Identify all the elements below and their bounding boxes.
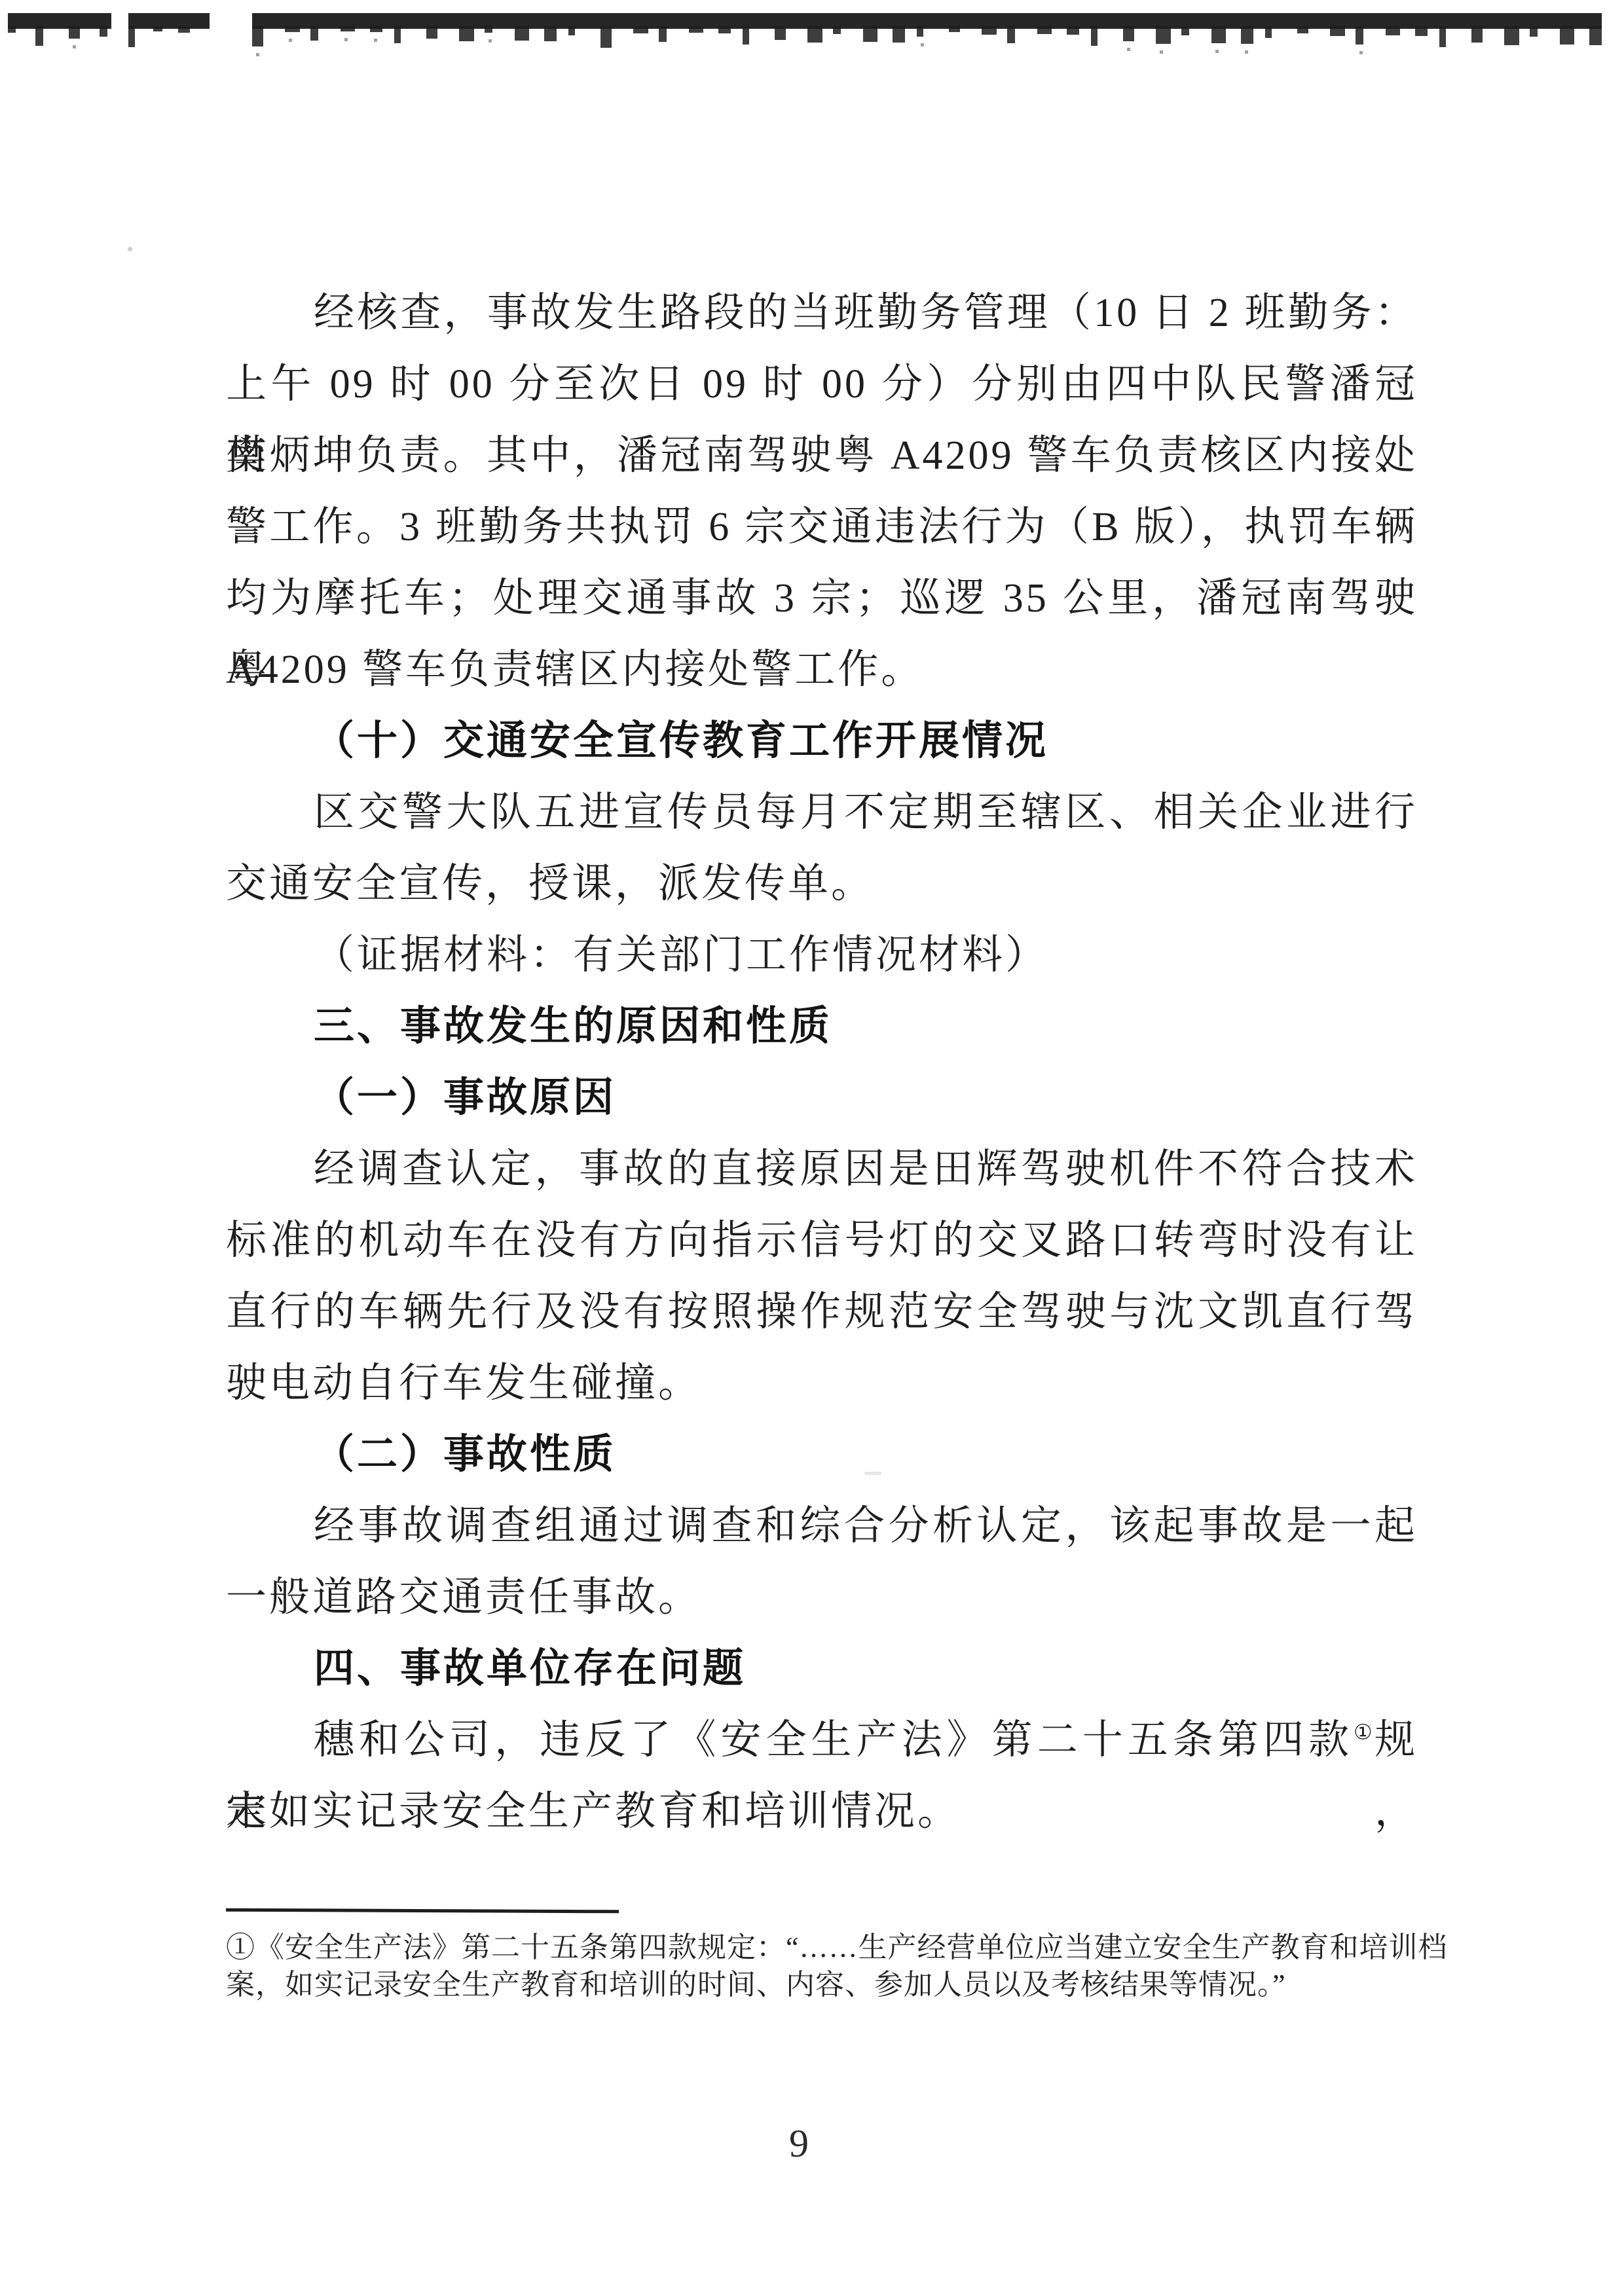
body-text-line: （证据材料：有关部门工作情况材料） xyxy=(226,920,1418,991)
body-text-line: 驶电动自行车发生碰撞。 xyxy=(226,1348,1418,1419)
body-text-line: 均为摩托车；处理交通事故 3 宗；巡逻 35 公里，潘冠南驾驶粤 xyxy=(226,563,1418,634)
body-text-line: 直行的车辆先行及没有按照操作规范安全驾驶与沈文凯直行驾 xyxy=(226,1277,1418,1348)
body-text-line: 经调查认定，事故的直接原因是田辉驾驶机件不符合技术 xyxy=(226,1134,1418,1205)
body-text-segment: 穗和公司，违反了《安全生产法》第二十五条第四款 xyxy=(314,1718,1354,1762)
body-text-line: 区交警大队五进宣传员每月不定期至辖区、相关企业进行 xyxy=(226,777,1418,848)
footnote: ①《安全生产法》第二十五条第四款规定：“……生产经营单位应当建立安全生产教育和培… xyxy=(226,1929,1424,2003)
body-text-line: 未如实记录安全生产教育和培训情况。 xyxy=(226,1776,1418,1848)
footnote-line: 案，如实记录安全生产教育和培训的时间、内容、参加人员以及考核结果等情况。” xyxy=(226,1966,1424,2003)
body-text-line: 交通安全宣传，授课，派发传单。 xyxy=(226,848,1418,920)
body-text-line: 穗和公司，违反了《安全生产法》第二十五条第四款①规定， xyxy=(226,1705,1418,1776)
body-text-line: 一般道路交通责任事故。 xyxy=(226,1562,1418,1633)
footnote-separator xyxy=(226,1908,619,1914)
footnote-line: ①《安全生产法》第二十五条第四款规定：“……生产经营单位应当建立安全生产教育和培… xyxy=(226,1929,1424,1966)
section-heading: 四、事故单位存在问题 xyxy=(226,1633,1418,1705)
body-text-line: 上午 09 时 00 分至次日 09 时 00 分）分别由四中队民警潘冠南、 xyxy=(226,349,1418,420)
section-heading: 三、事故发生的原因和性质 xyxy=(226,991,1418,1063)
body-text-line: 樊炳坤负责。其中，潘冠南驾驶粤 A4209 警车负责核区内接处 xyxy=(226,420,1418,492)
scan-speck xyxy=(128,247,132,251)
scanned-document-page: 经核查，事故发生路段的当班勤务管理（10 日 2 班勤务：上午 09 时 00 … xyxy=(0,0,1624,2296)
scan-edge-artifact xyxy=(0,0,1624,65)
document-text: 经核查，事故发生路段的当班勤务管理（10 日 2 班勤务：上午 09 时 00 … xyxy=(226,278,1418,1848)
section-heading: （二）事故性质 xyxy=(226,1419,1418,1491)
page-number: 9 xyxy=(0,2121,1598,2166)
body-text-line: 标准的机动车在没有方向指示信号灯的交叉路口转弯时没有让 xyxy=(226,1205,1418,1277)
section-heading: （十）交通安全宣传教育工作开展情况 xyxy=(226,706,1418,777)
body-text-line: 经核查，事故发生路段的当班勤务管理（10 日 2 班勤务： xyxy=(226,278,1418,349)
body-text-line: 警工作。3 班勤务共执罚 6 宗交通违法行为（B 版），执罚车辆 xyxy=(226,492,1418,563)
section-heading: （一）事故原因 xyxy=(226,1063,1418,1134)
body-text-line: 经事故调查组通过调查和综合分析认定，该起事故是一起 xyxy=(226,1491,1418,1562)
footnote-reference-mark: ① xyxy=(1354,1720,1375,1743)
body-text-line: A4209 警车负责辖区内接处警工作。 xyxy=(226,634,1418,706)
